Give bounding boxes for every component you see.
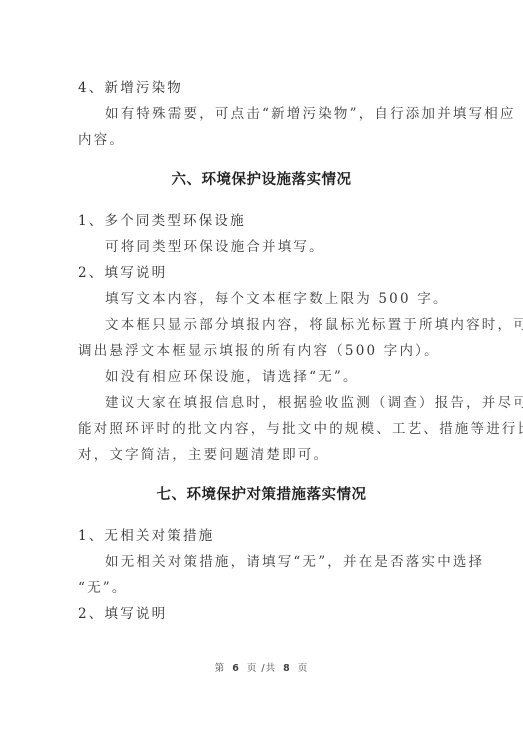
paragraph-line: 文本框只显示部分填报内容，将鼠标光标置于所填内容时，可 — [105, 316, 523, 334]
paragraph-line: 如没有相应环保设施，请选择“无”。 — [105, 368, 359, 386]
paragraph-line: 如有特殊需要，可点击“新增污染物”，自行添加并填写相应 — [105, 105, 516, 123]
paragraph-line: 可将同类型环保设施合并填写。 — [105, 238, 325, 256]
section-heading-6: 六、环境保护设施落实情况 — [0, 170, 523, 190]
paragraph-line: “无”。 — [78, 579, 128, 597]
paragraph-line: 内容。 — [78, 131, 125, 149]
current-page-number: 6 — [229, 663, 243, 674]
paragraph-line: 如无相关对策措施，请填写“无”，并在是否落实中选择 — [105, 553, 484, 571]
paragraph-line: 调出悬浮文本框显示填报的所有内容（500 字内）。 — [78, 342, 440, 360]
page-footer: 第 6 页 /共 8 页 — [0, 660, 523, 674]
paragraph-line: 建议大家在填报信息时，根据验收监测（调查）报告，并尽可 — [105, 394, 523, 412]
section-heading-7: 七、环境保护对策措施落实情况 — [0, 485, 523, 505]
item-title: 2、填写说明 — [78, 264, 167, 282]
item-title-new-pollutant: 4、新增污染物 — [78, 79, 183, 97]
footer-middle: 页 /共 — [247, 663, 276, 674]
footer-suffix: 页 — [298, 663, 309, 674]
item-title: 1、无相关对策措施 — [78, 527, 214, 545]
total-page-number: 8 — [280, 663, 294, 674]
item-title: 1、多个同类型环保设施 — [78, 212, 246, 230]
paragraph-line: 填写文本内容，每个文本框字数上限为 500 字。 — [105, 290, 449, 308]
paragraph-line: 对，文字简洁，主要问题清楚即可。 — [78, 446, 329, 464]
paragraph-line: 能对照环评时的批文内容，与批文中的规模、工艺、措施等进行比 — [78, 420, 523, 438]
footer-prefix: 第 — [215, 663, 226, 674]
document-page: 4、新增污染物 如有特殊需要，可点击“新增污染物”，自行添加并填写相应 内容。 … — [0, 0, 523, 740]
item-title: 2、填写说明 — [78, 605, 167, 623]
